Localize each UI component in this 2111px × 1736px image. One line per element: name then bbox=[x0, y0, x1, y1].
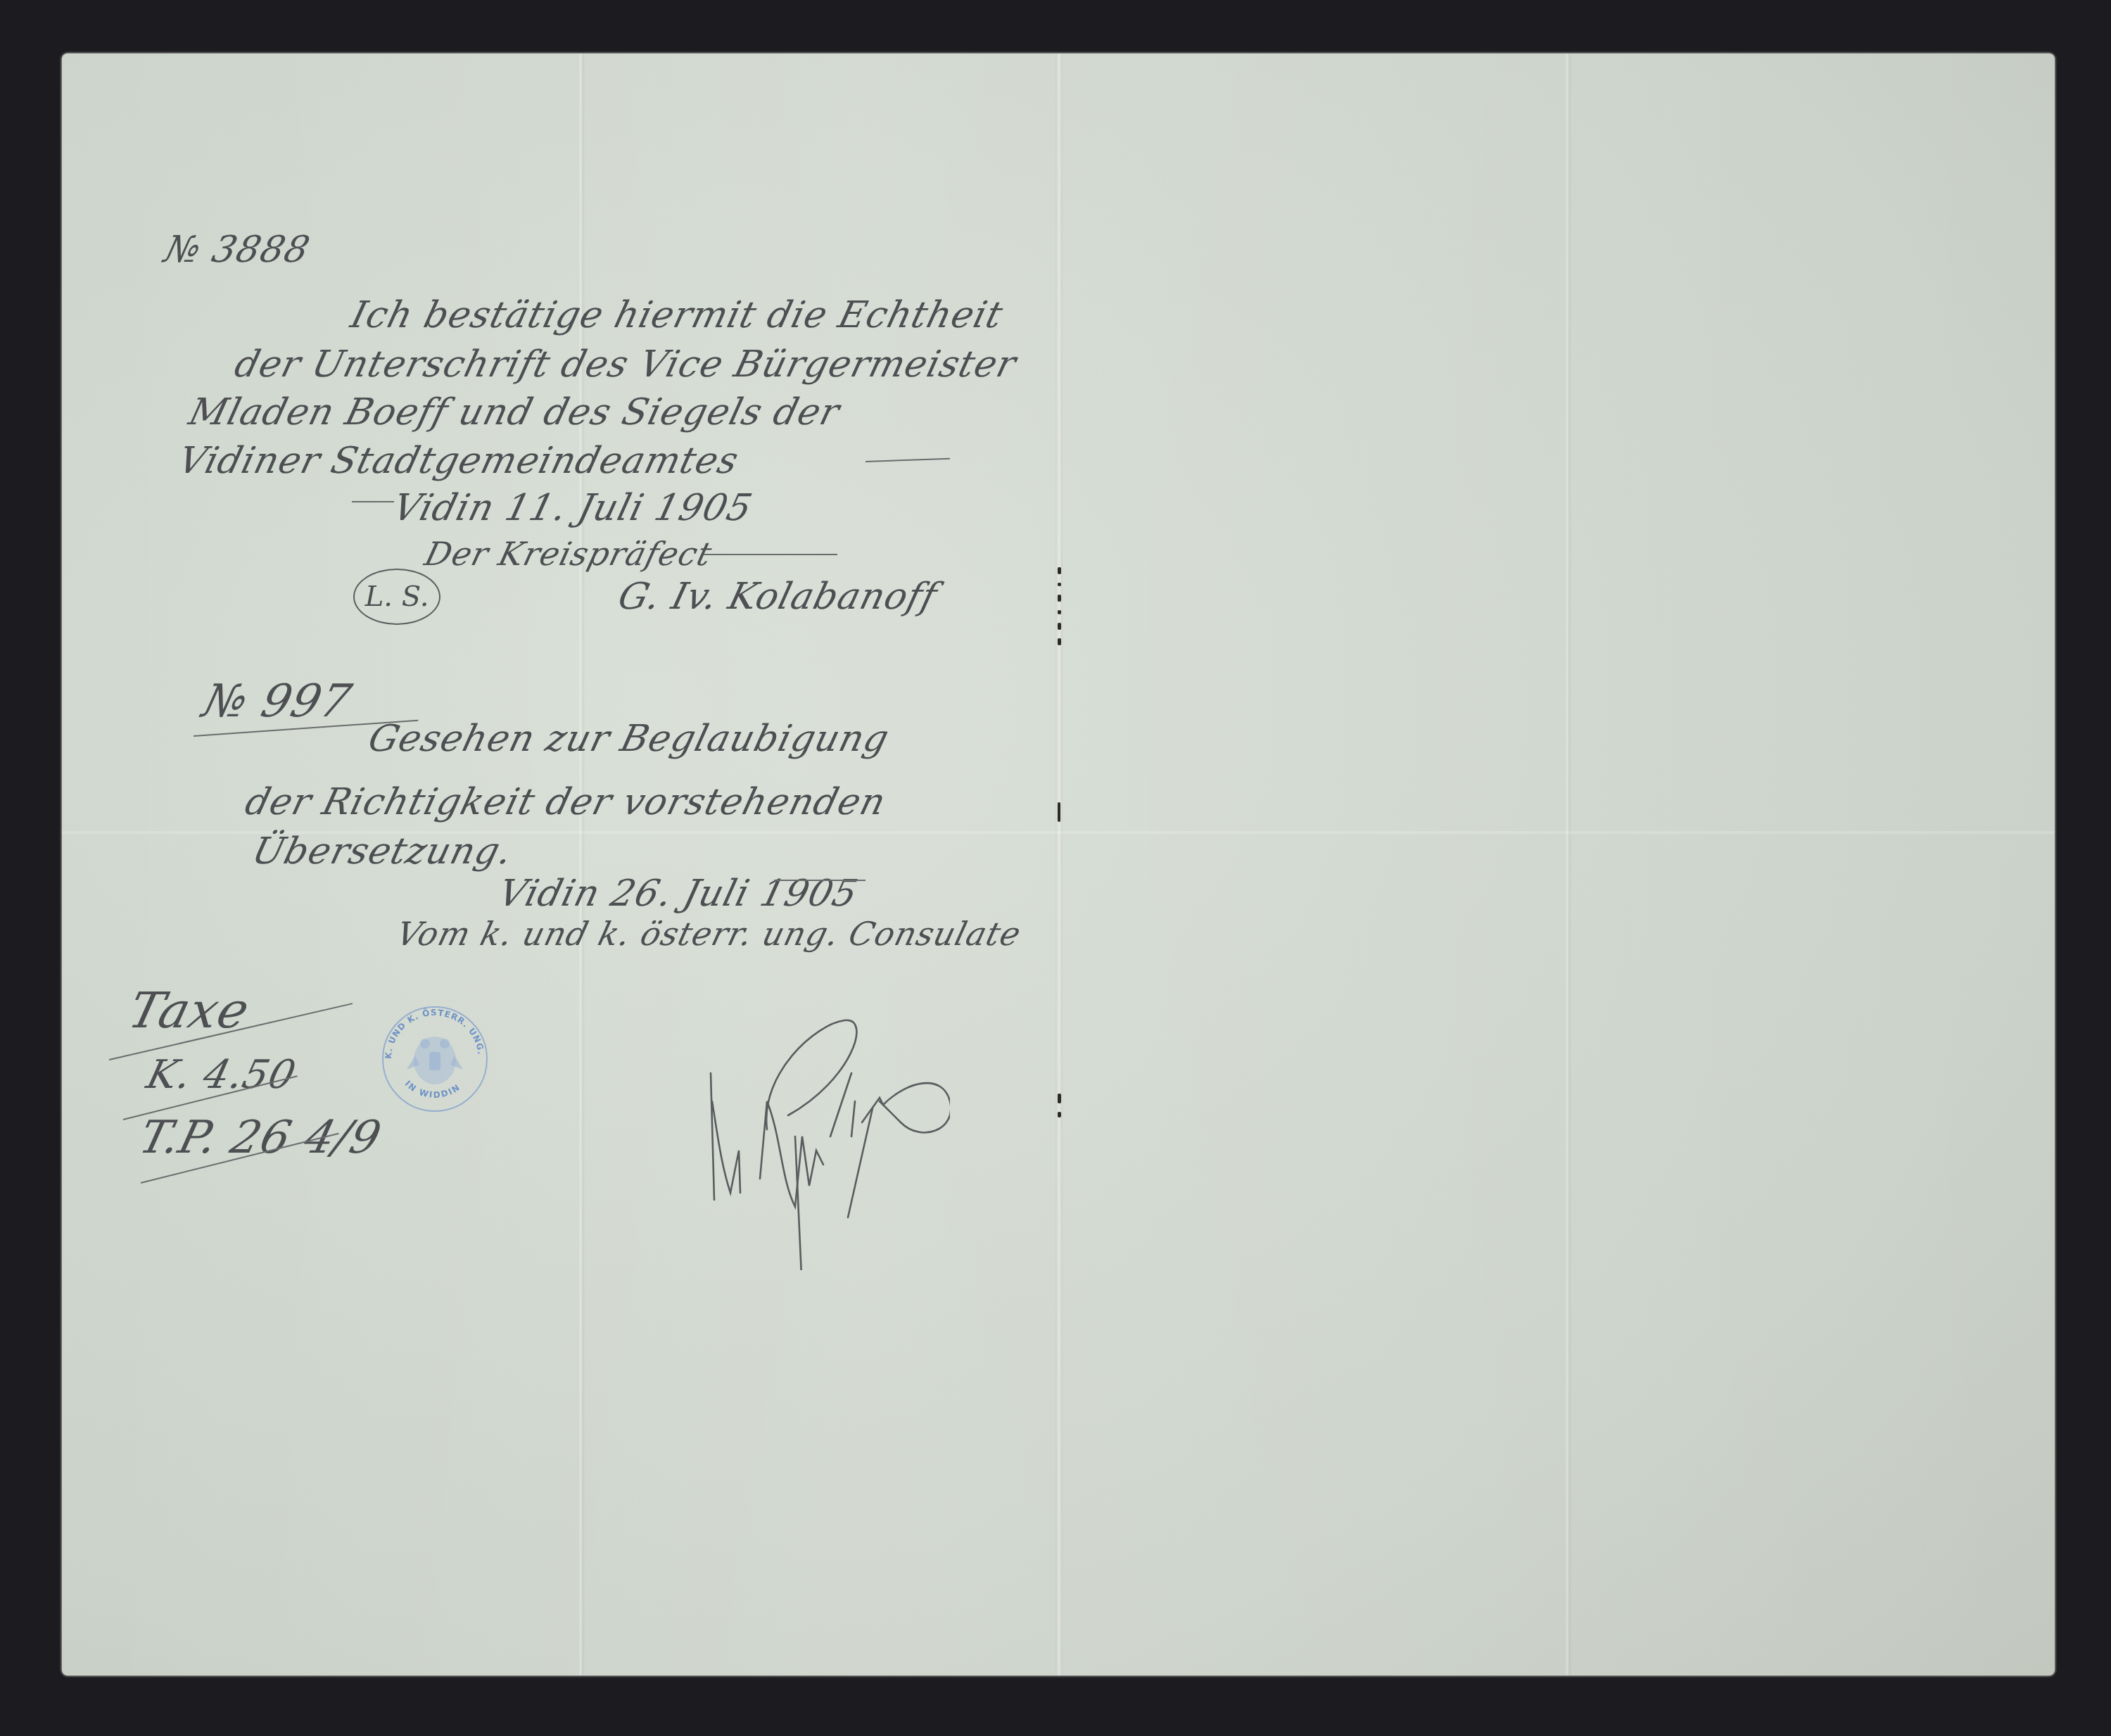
consulate-stamp-icon: K. UND K. ÖSTERR. UNG. CONSULAT IN WIDDI… bbox=[379, 1003, 491, 1115]
certification-number: № 3888 bbox=[160, 229, 315, 271]
pinholes-middle bbox=[1058, 802, 1062, 830]
fee-amount: K. 4.50 bbox=[142, 1052, 300, 1098]
consular-note-place-date: Vidin 26. Juli 1905 bbox=[495, 873, 863, 915]
consular-note-line-1: Gesehen zur Beglaubigung bbox=[364, 718, 894, 760]
seal-label: L. S. bbox=[365, 581, 429, 613]
date-flourish bbox=[774, 880, 866, 881]
consul-signature bbox=[697, 996, 950, 1270]
certification-line-1: Ich bestätige hiermit die Echtheit bbox=[347, 294, 1008, 336]
prefect-title: Der Kreispräfect bbox=[421, 535, 716, 573]
certification-line-2: der Unterschrift des Vice Bürgermeister bbox=[231, 343, 1021, 386]
consular-issuer: Vom k. und k. österr. ung. Consulate bbox=[393, 915, 1025, 953]
certification-line-4: Vidiner Stadtgemeindeamtes bbox=[175, 440, 744, 482]
prefect-signatory: G. Iv. Kolabanoff bbox=[614, 576, 942, 618]
fold-line-vertical-right bbox=[1566, 53, 1568, 1675]
double-eagle-emblem-icon bbox=[407, 1037, 463, 1084]
certification-place-date: Vidin 11. Juli 1905 bbox=[389, 487, 757, 529]
seal-placeholder-oval: L. S. bbox=[353, 569, 440, 625]
certification-line-3: Mladen Boeff und des Siegels der bbox=[185, 391, 844, 433]
consular-note-number: № 997 bbox=[198, 676, 357, 728]
fee-tariff: T.P. 26 4/9 bbox=[134, 1112, 387, 1164]
center-fold bbox=[1055, 53, 1063, 1675]
pinholes-upper bbox=[1058, 567, 1062, 654]
title-underline bbox=[704, 554, 837, 555]
date-lead-line bbox=[352, 501, 394, 502]
consular-note-line-2: der Richtigkeit der vorstehenden bbox=[241, 781, 891, 823]
consular-note-line-3: Übersetzung. bbox=[248, 830, 517, 873]
pinholes-lower bbox=[1058, 1094, 1062, 1126]
